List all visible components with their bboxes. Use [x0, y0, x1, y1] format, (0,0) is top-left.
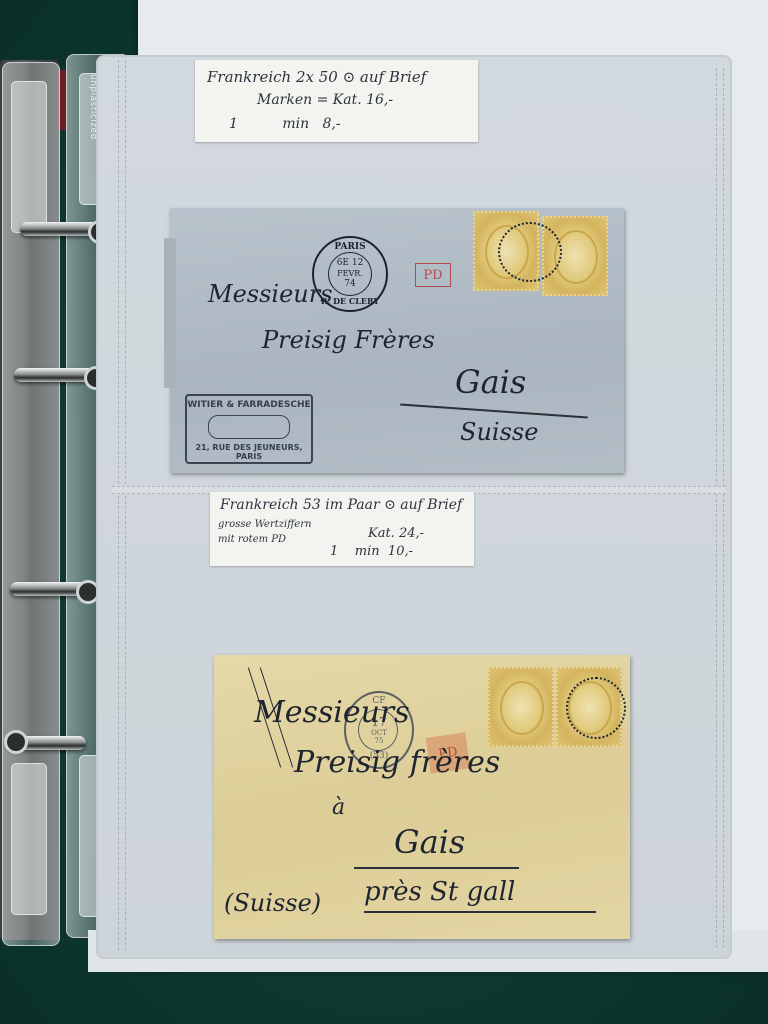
sleeve-seam-right	[716, 68, 724, 948]
address-line: Messieurs	[208, 280, 333, 308]
address-line: Gais	[455, 363, 526, 401]
description-label-1: Frankreich 2x 50 ⊙ auf Brief Marken = Ka…	[195, 60, 478, 142]
address-underline	[364, 911, 596, 913]
sheet-protector-strip-left	[2, 62, 60, 946]
address-line: à	[332, 795, 345, 820]
address-underline	[400, 403, 588, 418]
numeral-cancel	[566, 677, 626, 739]
label-line: mit rotem PD	[218, 534, 286, 545]
strip-label-top	[11, 81, 47, 233]
address-line: Suisse	[460, 418, 538, 446]
address-line: Preisig Frères	[262, 326, 435, 354]
cover-folded-flap	[164, 238, 176, 388]
label-line: Marken = Kat. 16,-	[257, 92, 393, 108]
address-line: Messieurs	[254, 695, 410, 730]
label-line: Frankreich 53 im Paar ⊙ auf Brief	[220, 497, 462, 513]
numeral-cancel	[498, 222, 562, 282]
address-line: (Suisse)	[224, 889, 321, 917]
address-line: Gais	[394, 823, 465, 861]
stamp-ceres-large-numeral	[488, 667, 554, 747]
cover-1875-to-gais: CF 17 OCT 75 (53) PD Messieurs Preisig f…	[214, 655, 630, 939]
address-underline	[354, 867, 519, 869]
pd-mark: PD	[415, 263, 451, 287]
cover-paris-1874: PARIS 6E 12 FEVR. 74 R. DE CLERY PD WITI…	[170, 208, 624, 473]
description-label-2: Frankreich 53 im Paar ⊙ auf Brief grosse…	[210, 492, 474, 566]
label-line: Kat. 24,-	[368, 526, 424, 541]
address-line: près St gall	[364, 877, 515, 907]
sender-cachet: WITIER & FARRADESCHE 21, RUE DES JEUNEUR…	[185, 394, 313, 464]
strip-label-bottom	[11, 763, 47, 915]
label-line: Frankreich 2x 50 ⊙ auf Brief	[207, 68, 426, 86]
sleeve-seam-left	[118, 60, 126, 950]
address-line: Preisig frères	[294, 745, 500, 780]
label-line: 1 min 8,-	[229, 116, 341, 132]
label-line: 1 min 10,-	[330, 544, 413, 559]
binder-ring-eyelet	[4, 730, 28, 754]
label-line: grosse Wertziffern	[218, 519, 311, 530]
